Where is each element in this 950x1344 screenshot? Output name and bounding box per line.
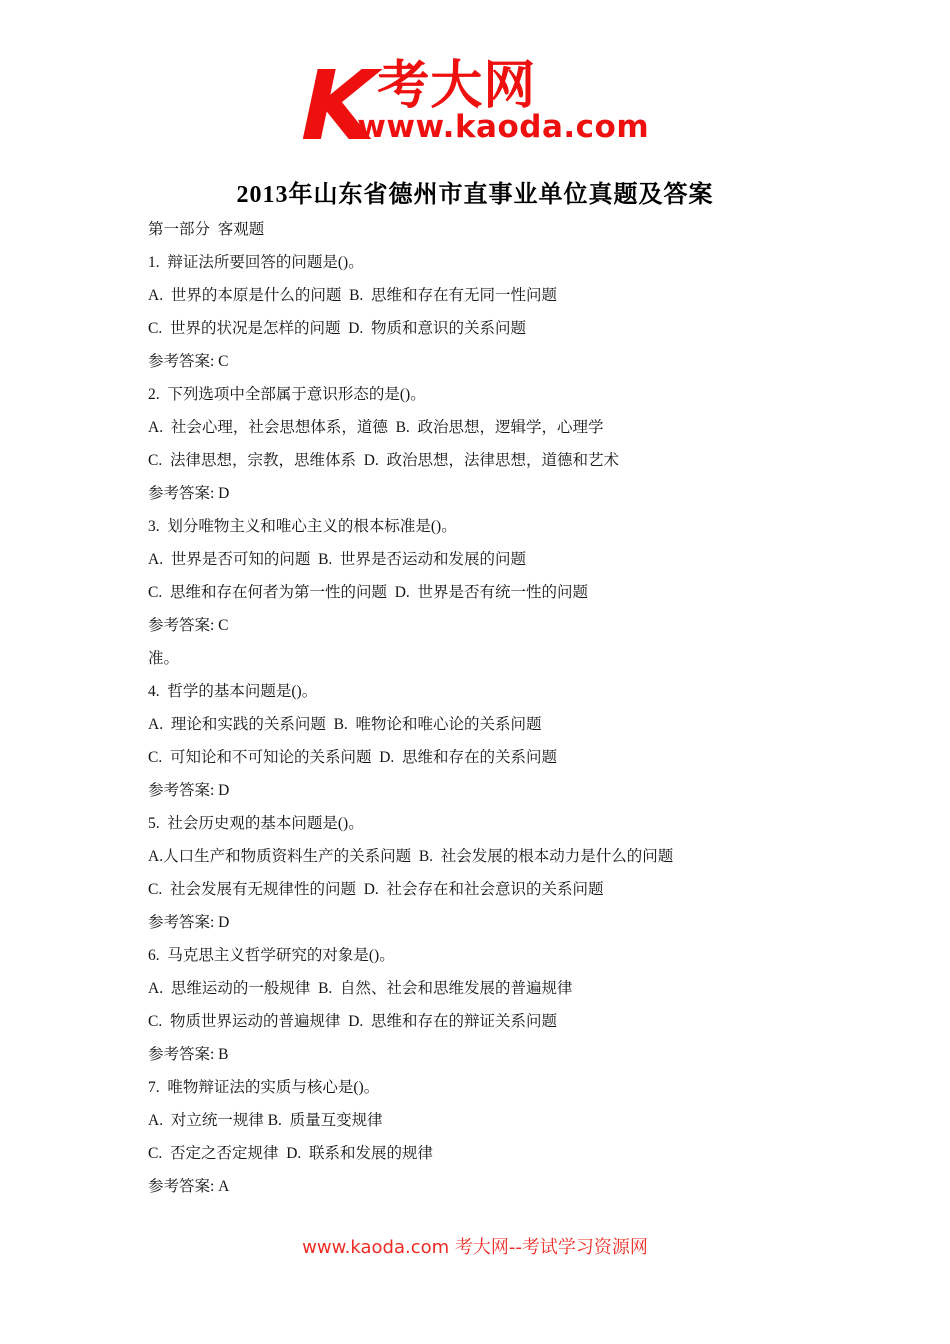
question-options-cd: C. 社会发展有无规律性的问题 D. 社会存在和社会意识的关系问题	[148, 873, 860, 906]
question-block-6: 6. 马克思主义哲学研究的对象是()。 A. 思维运动的一般规律 B. 自然、社…	[148, 939, 860, 1071]
question-answer: 参考答案: C	[148, 609, 860, 642]
question-answer: 参考答案: D	[148, 477, 860, 510]
question-stem: 3. 划分唯物主义和唯心主义的根本标准是()。	[148, 510, 860, 543]
question-options-ab: A. 思维运动的一般规律 B. 自然、社会和思维发展的普遍规律	[148, 972, 860, 1005]
kaoda-brand-name: 考大网	[377, 60, 649, 112]
stray-text-line: 准。	[148, 642, 860, 675]
question-options-ab: A.人口生产和物质资料生产的关系问题 B. 社会发展的根本动力是什么的问题	[148, 840, 860, 873]
kaoda-k-icon: K	[293, 68, 384, 144]
question-answer: 参考答案: D	[148, 774, 860, 807]
kaoda-logo-text-column: 考大网 www.kaoda.com	[377, 60, 649, 143]
page-title: 2013年山东省德州市直事业单位真题及答案	[0, 174, 950, 209]
question-block-4: 4. 哲学的基本问题是()。 A. 理论和实践的关系问题 B. 唯物论和唯心论的…	[148, 675, 860, 807]
question-options-cd: C. 思维和存在何者为第一性的问题 D. 世界是否有统一性的问题	[148, 576, 860, 609]
question-stem: 2. 下列选项中全部属于意识形态的是()。	[148, 378, 860, 411]
kaoda-logo-inner: K 考大网 www.kaoda.com	[301, 60, 649, 144]
kaoda-brand-url: www.kaoda.com	[357, 112, 649, 143]
document-page: K 考大网 www.kaoda.com 2013年山东省德州市直事业单位真题及答…	[0, 0, 950, 1344]
question-options-ab: A. 对立统一规律 B. 质量互变规律	[148, 1104, 860, 1137]
question-answer: 参考答案: B	[148, 1038, 860, 1071]
question-answer: 参考答案: C	[148, 345, 860, 378]
footer-site-link[interactable]: www.kaoda.com 考大网--考试学习资源网	[302, 1237, 648, 1258]
question-stem: 7. 唯物辩证法的实质与核心是()。	[148, 1071, 860, 1104]
question-options-ab: A. 理论和实践的关系问题 B. 唯物论和唯心论的关系问题	[148, 708, 860, 741]
question-answer: 参考答案: D	[148, 906, 860, 939]
question-options-ab: A. 世界是否可知的问题 B. 世界是否运动和发展的问题	[148, 543, 860, 576]
question-block-2: 2. 下列选项中全部属于意识形态的是()。 A. 社会心理，社会思想体系，道德 …	[148, 378, 860, 510]
question-options-cd: C. 物质世界运动的普遍规律 D. 思维和存在的辩证关系问题	[148, 1005, 860, 1038]
question-stem: 5. 社会历史观的基本问题是()。	[148, 807, 860, 840]
question-options-ab: A. 社会心理，社会思想体系，道德 B. 政治思想，逻辑学，心理学	[148, 411, 860, 444]
question-options-cd: C. 可知论和不可知论的关系问题 D. 思维和存在的关系问题	[148, 741, 860, 774]
question-block-5: 5. 社会历史观的基本问题是()。 A.人口生产和物质资料生产的关系问题 B. …	[148, 807, 860, 939]
question-answer: 参考答案: A	[148, 1170, 860, 1203]
question-stem: 6. 马克思主义哲学研究的对象是()。	[148, 939, 860, 972]
document-body: 第一部分 客观题 1. 辩证法所要回答的问题是()。 A. 世界的本原是什么的问…	[148, 213, 860, 1203]
question-block-1: 1. 辩证法所要回答的问题是()。 A. 世界的本原是什么的问题 B. 思维和存…	[148, 246, 860, 378]
question-options-cd: C. 否定之否定规律 D. 联系和发展的规律	[148, 1137, 860, 1170]
question-stem: 1. 辩证法所要回答的问题是()。	[148, 246, 860, 279]
question-options-cd: C. 世界的状况是怎样的问题 D. 物质和意识的关系问题	[148, 312, 860, 345]
question-block-7: 7. 唯物辩证法的实质与核心是()。 A. 对立统一规律 B. 质量互变规律 C…	[148, 1071, 860, 1203]
question-block-3: 3. 划分唯物主义和唯心主义的根本标准是()。 A. 世界是否可知的问题 B. …	[148, 510, 860, 675]
section-heading: 第一部分 客观题	[148, 213, 860, 246]
page-footer: www.kaoda.com 考大网--考试学习资源网	[0, 1233, 950, 1259]
question-stem: 4. 哲学的基本问题是()。	[148, 675, 860, 708]
question-options-cd: C. 法律思想，宗教，思维体系 D. 政治思想，法律思想，道德和艺术	[148, 444, 860, 477]
question-options-ab: A. 世界的本原是什么的问题 B. 思维和存在有无同一性问题	[148, 279, 860, 312]
kaoda-logo: K 考大网 www.kaoda.com	[0, 60, 950, 144]
